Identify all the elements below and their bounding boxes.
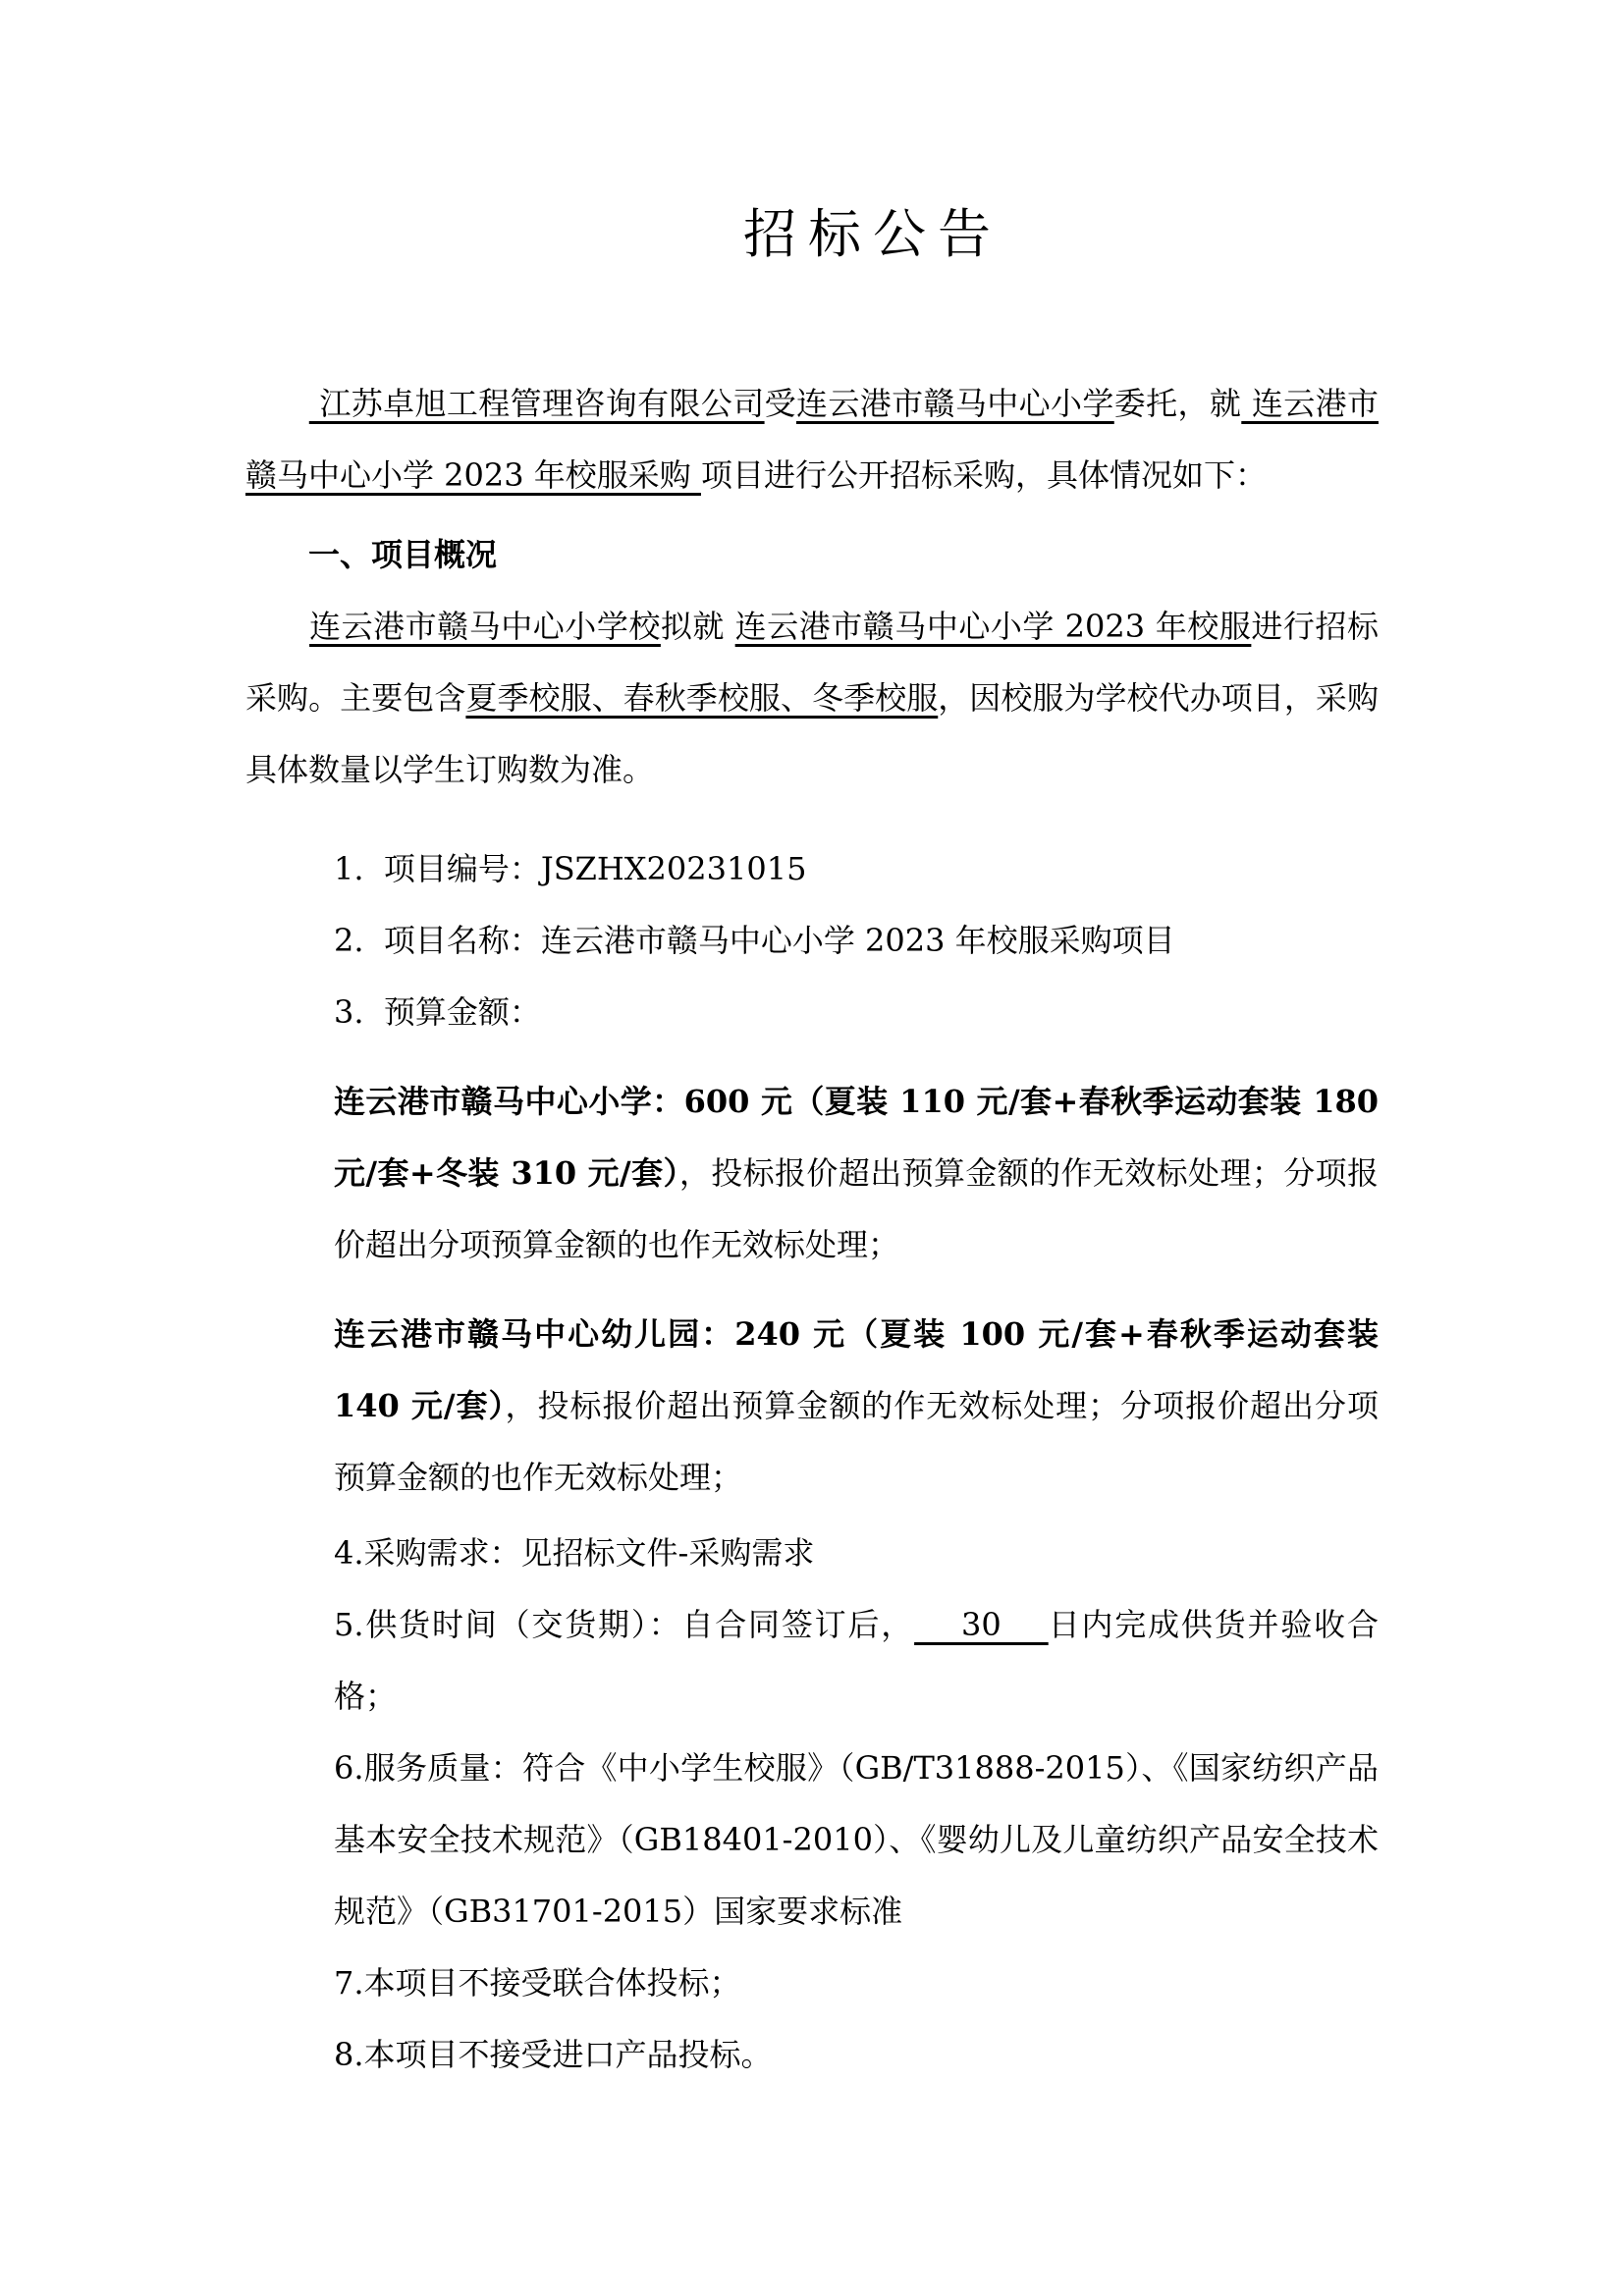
text-run: 30 [914,1606,1049,1643]
text-run: 7.本项目不接受联合体投标； [334,1964,741,2002]
text-run: 委托，就 [1114,385,1242,422]
list-item-4-procurement-requirements: 4.采购需求：见招标文件-采购需求 [334,1518,1379,1589]
document-content: 招标公告 江苏卓旭工程管理咨询有限公司受连云港市赣马中心小学委托，就 连云港市赣… [245,0,1379,2091]
text-run: 项目进行公开招标采购，具体情况如下： [701,456,1267,494]
text-run: 连云港市赣马中心小学 2023 年校服 [735,608,1252,645]
text-run: 5.供货时间（交货期）：自合同签订后， [334,1606,914,1643]
document-title: 招标公告 [245,200,1379,269]
text-run: 3. 预算金额： [334,993,541,1031]
document-page: 招标公告 江苏卓旭工程管理咨询有限公司受连云港市赣马中心小学委托，就 连云港市赣… [0,0,1624,2296]
heading-section-1-project-overview: 一、项目概况 [245,519,1379,591]
paragraph-intro: 江苏卓旭工程管理咨询有限公司受连云港市赣马中心小学委托，就 连云港市赣马中心小学… [245,368,1379,511]
text-run: 江苏卓旭工程管理咨询有限公司 [309,385,765,422]
list-item-5-delivery-time: 5.供货时间（交货期）：自合同签订后， 30 日内完成供货并验收合格； [334,1589,1379,1733]
text-run: 夏季校服、春秋季校服、冬季校服 [465,679,938,717]
list-item-1-project-number: 1. 项目编号：JSZHX20231015 [334,833,1379,905]
text-run: 2. 项目名称：连云港市赣马中心小学 2023 年校服采购项目 [334,922,1175,959]
text-run: 一、项目概况 [308,536,497,573]
paragraph-budget-primary-school: 连云港市赣马中心小学：600 元（夏装 110 元/套+春秋季运动套装 180 … [334,1066,1379,1281]
text-run: 6.服务质量：符合《中小学生校服》（GB/T31888-2015）、《国家纺织产… [334,1749,1379,1930]
text-run: 连云港市赣马中心小学校 [309,608,661,645]
text-run: 拟就 [661,608,735,645]
paragraph-overview: 连云港市赣马中心小学校拟就 连云港市赣马中心小学 2023 年校服进行招标采购。… [245,591,1379,806]
text-run: 受 [765,385,796,422]
text-run: 1. 项目编号：JSZHX20231015 [334,850,806,887]
list-item-3-budget-amount: 3. 预算金额： [334,977,1379,1048]
text-run [245,385,309,422]
list-item-2-project-name: 2. 项目名称：连云港市赣马中心小学 2023 年校服采购项目 [334,905,1379,977]
text-run [245,536,308,573]
list-item-6-service-quality: 6.服务质量：符合《中小学生校服》（GB/T31888-2015）、《国家纺织产… [334,1733,1379,1948]
text-run: 连云港市赣马中心小学 [796,385,1114,422]
text-run: 8.本项目不接受进口产品投标。 [334,2036,773,2073]
paragraph-budget-kindergarten: 连云港市赣马中心幼儿园：240 元（夏装 100 元/套+春秋季运动套装 140… [334,1299,1379,1514]
text-run [245,608,309,645]
list-item-7-no-consortium-bids: 7.本项目不接受联合体投标； [334,1948,1379,2019]
text-run: 4.采购需求：见招标文件-采购需求 [334,1534,814,1572]
list-item-8-no-imported-products: 8.本项目不接受进口产品投标。 [334,2019,1379,2091]
